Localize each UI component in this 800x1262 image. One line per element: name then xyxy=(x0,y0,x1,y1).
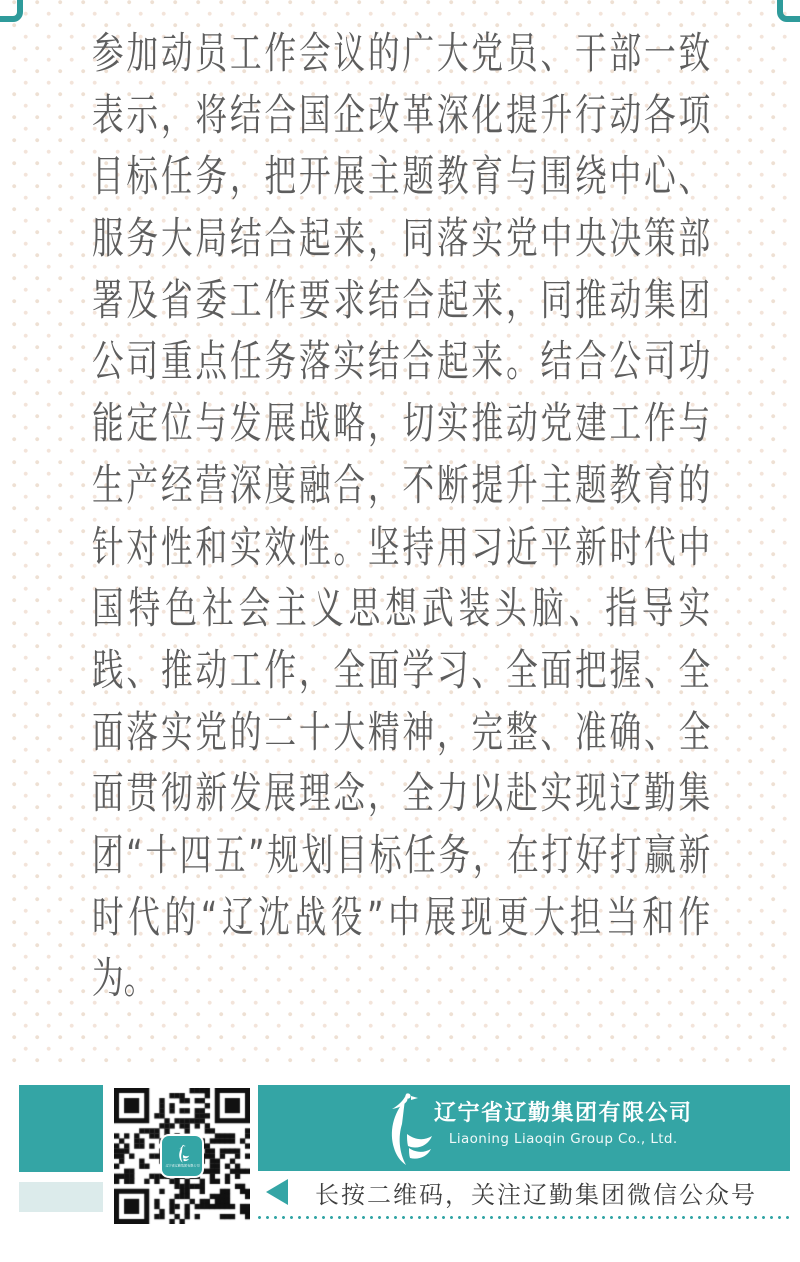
article-line: 国特色社会主义思想武装头脑、指导实 xyxy=(92,579,710,641)
article-line: 生产经营深度融合，不断提升主题教育的 xyxy=(92,456,710,518)
article-paragraph: 参加动员工作会议的广大党员、干部一致 表示，将结合国企改革深化提升行动各项 目标… xyxy=(92,24,800,1011)
article-line: 目标任务，把开展主题教育与围绕中心、 xyxy=(92,147,710,209)
dotted-separator xyxy=(258,1216,790,1219)
notice-text: 长按二维码，关注辽勤集团微信公众号 xyxy=(288,1175,790,1210)
article-line: 为。 xyxy=(92,949,710,1011)
article-line: 时代的“辽沈战役”中展现更大担当和作 xyxy=(92,888,710,950)
phoenix-icon xyxy=(175,1144,190,1163)
article-line: 参加动员工作会议的广大党员、干部一致 xyxy=(92,24,710,86)
article-line: 署及省委工作要求结合起来，同推动集团 xyxy=(92,271,710,333)
article-line: 能定位与发展战略，切实推动党建工作与 xyxy=(92,394,710,456)
notice-bar: 长按二维码，关注辽勤集团微信公众号 xyxy=(258,1171,790,1213)
qr-logo-caption: 辽宁省辽勤集团有限公司 xyxy=(165,1164,199,1168)
company-name-en: Liaoning Liaoqin Group Co., Ltd. xyxy=(434,1131,693,1147)
phoenix-icon xyxy=(376,1090,434,1166)
article-line: 面贯彻新发展理念，全力以赴实现辽勤集 xyxy=(92,764,710,826)
article-line: 服务大局结合起来，同落实党中央决策部 xyxy=(92,209,710,271)
brand-banner: 辽宁省辽勤集团有限公司 Liaoning Liaoqin Group Co., … xyxy=(258,1085,790,1171)
brand-text-group: 辽宁省辽勤集团有限公司 Liaoning Liaoqin Group Co., … xyxy=(434,1100,693,1147)
frame-corner-top-right xyxy=(777,0,800,22)
qr-center-logo: 辽宁省辽勤集团有限公司 xyxy=(162,1136,202,1176)
article-line: 表示，将结合国企改革深化提升行动各项 xyxy=(92,86,710,148)
article-page: 参加动员工作会议的广大党员、干部一致 表示，将结合国企改革深化提升行动各项 目标… xyxy=(0,0,800,1262)
company-name-cn: 辽宁省辽勤集团有限公司 xyxy=(434,1100,693,1128)
light-teal-accent-block xyxy=(19,1182,103,1212)
article-line: 面落实党的二十大精神，完整、准确、全 xyxy=(92,703,710,765)
frame-corner-top-left xyxy=(0,0,23,22)
wechat-qr-code[interactable]: 辽宁省辽勤集团有限公司 xyxy=(114,1088,250,1224)
article-line: 团“十四五”规划目标任务，在打好打赢新 xyxy=(92,826,710,888)
teal-accent-block xyxy=(19,1085,103,1172)
left-arrow-icon xyxy=(266,1179,288,1205)
article-line: 践、推动工作，全面学习、全面把握、全 xyxy=(92,641,710,703)
article-line: 针对性和实效性。坚持用习近平新时代中 xyxy=(92,518,710,580)
article-line: 公司重点任务落实结合起来。结合公司功 xyxy=(92,332,710,394)
